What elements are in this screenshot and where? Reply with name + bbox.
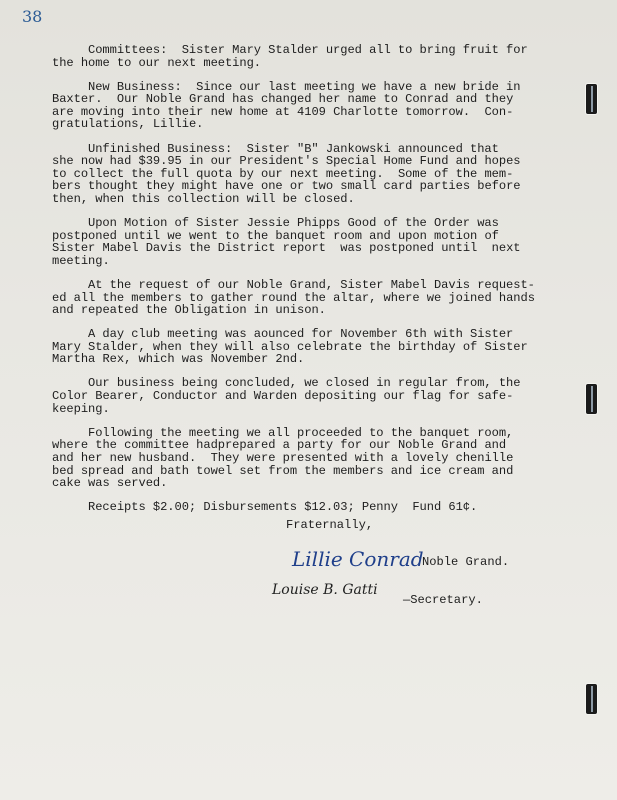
text-line: meeting. bbox=[52, 255, 552, 268]
text-line: she now had $39.95 in our President's Sp… bbox=[52, 155, 552, 168]
page-number: 38 bbox=[22, 7, 42, 26]
text-line: and her new husband. They were presented… bbox=[52, 452, 552, 465]
title-secretary: —Secretary. bbox=[403, 593, 483, 607]
text-line: then, when this collection will be close… bbox=[52, 193, 552, 206]
title-noble-grand: Noble Grand. bbox=[422, 555, 509, 569]
paragraph-business-concluded: Our business being concluded, we closed … bbox=[52, 377, 552, 415]
text-line: At the request of our Noble Grand, Siste… bbox=[52, 279, 552, 292]
text-line: Color Bearer, Conductor and Warden depos… bbox=[52, 390, 552, 403]
title-secretary-text: Secretary. bbox=[410, 593, 483, 607]
signature-noble-grand: Lillie Conrad bbox=[292, 547, 424, 571]
paragraph-new-business: New Business: Since our last meeting we … bbox=[52, 81, 552, 131]
document-body: Committees: Sister Mary Stalder urged al… bbox=[52, 44, 552, 525]
signature-secretary: Louise B. Gatti bbox=[272, 582, 378, 598]
text-line: gratulations, Lillie. bbox=[52, 118, 552, 131]
paragraph-following-meeting: Following the meeting we all proceeded t… bbox=[52, 427, 552, 490]
text-line: A day club meeting was aounced for Novem… bbox=[52, 328, 552, 341]
text-line: Committees: Sister Mary Stalder urged al… bbox=[52, 44, 552, 57]
text-line: Upon Motion of Sister Jessie Phipps Good… bbox=[52, 217, 552, 230]
text-line: and repeated the Obligation in unison. bbox=[52, 304, 552, 317]
text-line: keeping. bbox=[52, 403, 552, 416]
binder-hole-middle bbox=[585, 383, 598, 415]
paragraph-obligation: At the request of our Noble Grand, Siste… bbox=[52, 279, 552, 317]
text-line: cake was served. bbox=[52, 477, 552, 490]
closing: Fraternally, bbox=[286, 518, 373, 532]
paragraph-day-club: A day club meeting was aounced for Novem… bbox=[52, 328, 552, 366]
binder-hole-bottom bbox=[585, 683, 598, 715]
text-line: the home to our next meeting. bbox=[52, 57, 552, 70]
paragraph-financials: Receipts $2.00; Disbursements $12.03; Pe… bbox=[52, 501, 552, 514]
paragraph-motion: Upon Motion of Sister Jessie Phipps Good… bbox=[52, 217, 552, 267]
document-page: 38 Committees: Sister Mary Stalder urged… bbox=[0, 0, 617, 800]
text-line: Receipts $2.00; Disbursements $12.03; Pe… bbox=[52, 501, 552, 514]
text-line: Baxter. Our Noble Grand has changed her … bbox=[52, 93, 552, 106]
paragraph-committees: Committees: Sister Mary Stalder urged al… bbox=[52, 44, 552, 69]
text-line: Sister Mabel Davis the District report w… bbox=[52, 242, 552, 255]
paragraph-unfinished-business: Unfinished Business: Sister "B" Jankowsk… bbox=[52, 143, 552, 206]
text-line: Martha Rex, which was November 2nd. bbox=[52, 353, 552, 366]
binder-hole-top bbox=[585, 83, 598, 115]
